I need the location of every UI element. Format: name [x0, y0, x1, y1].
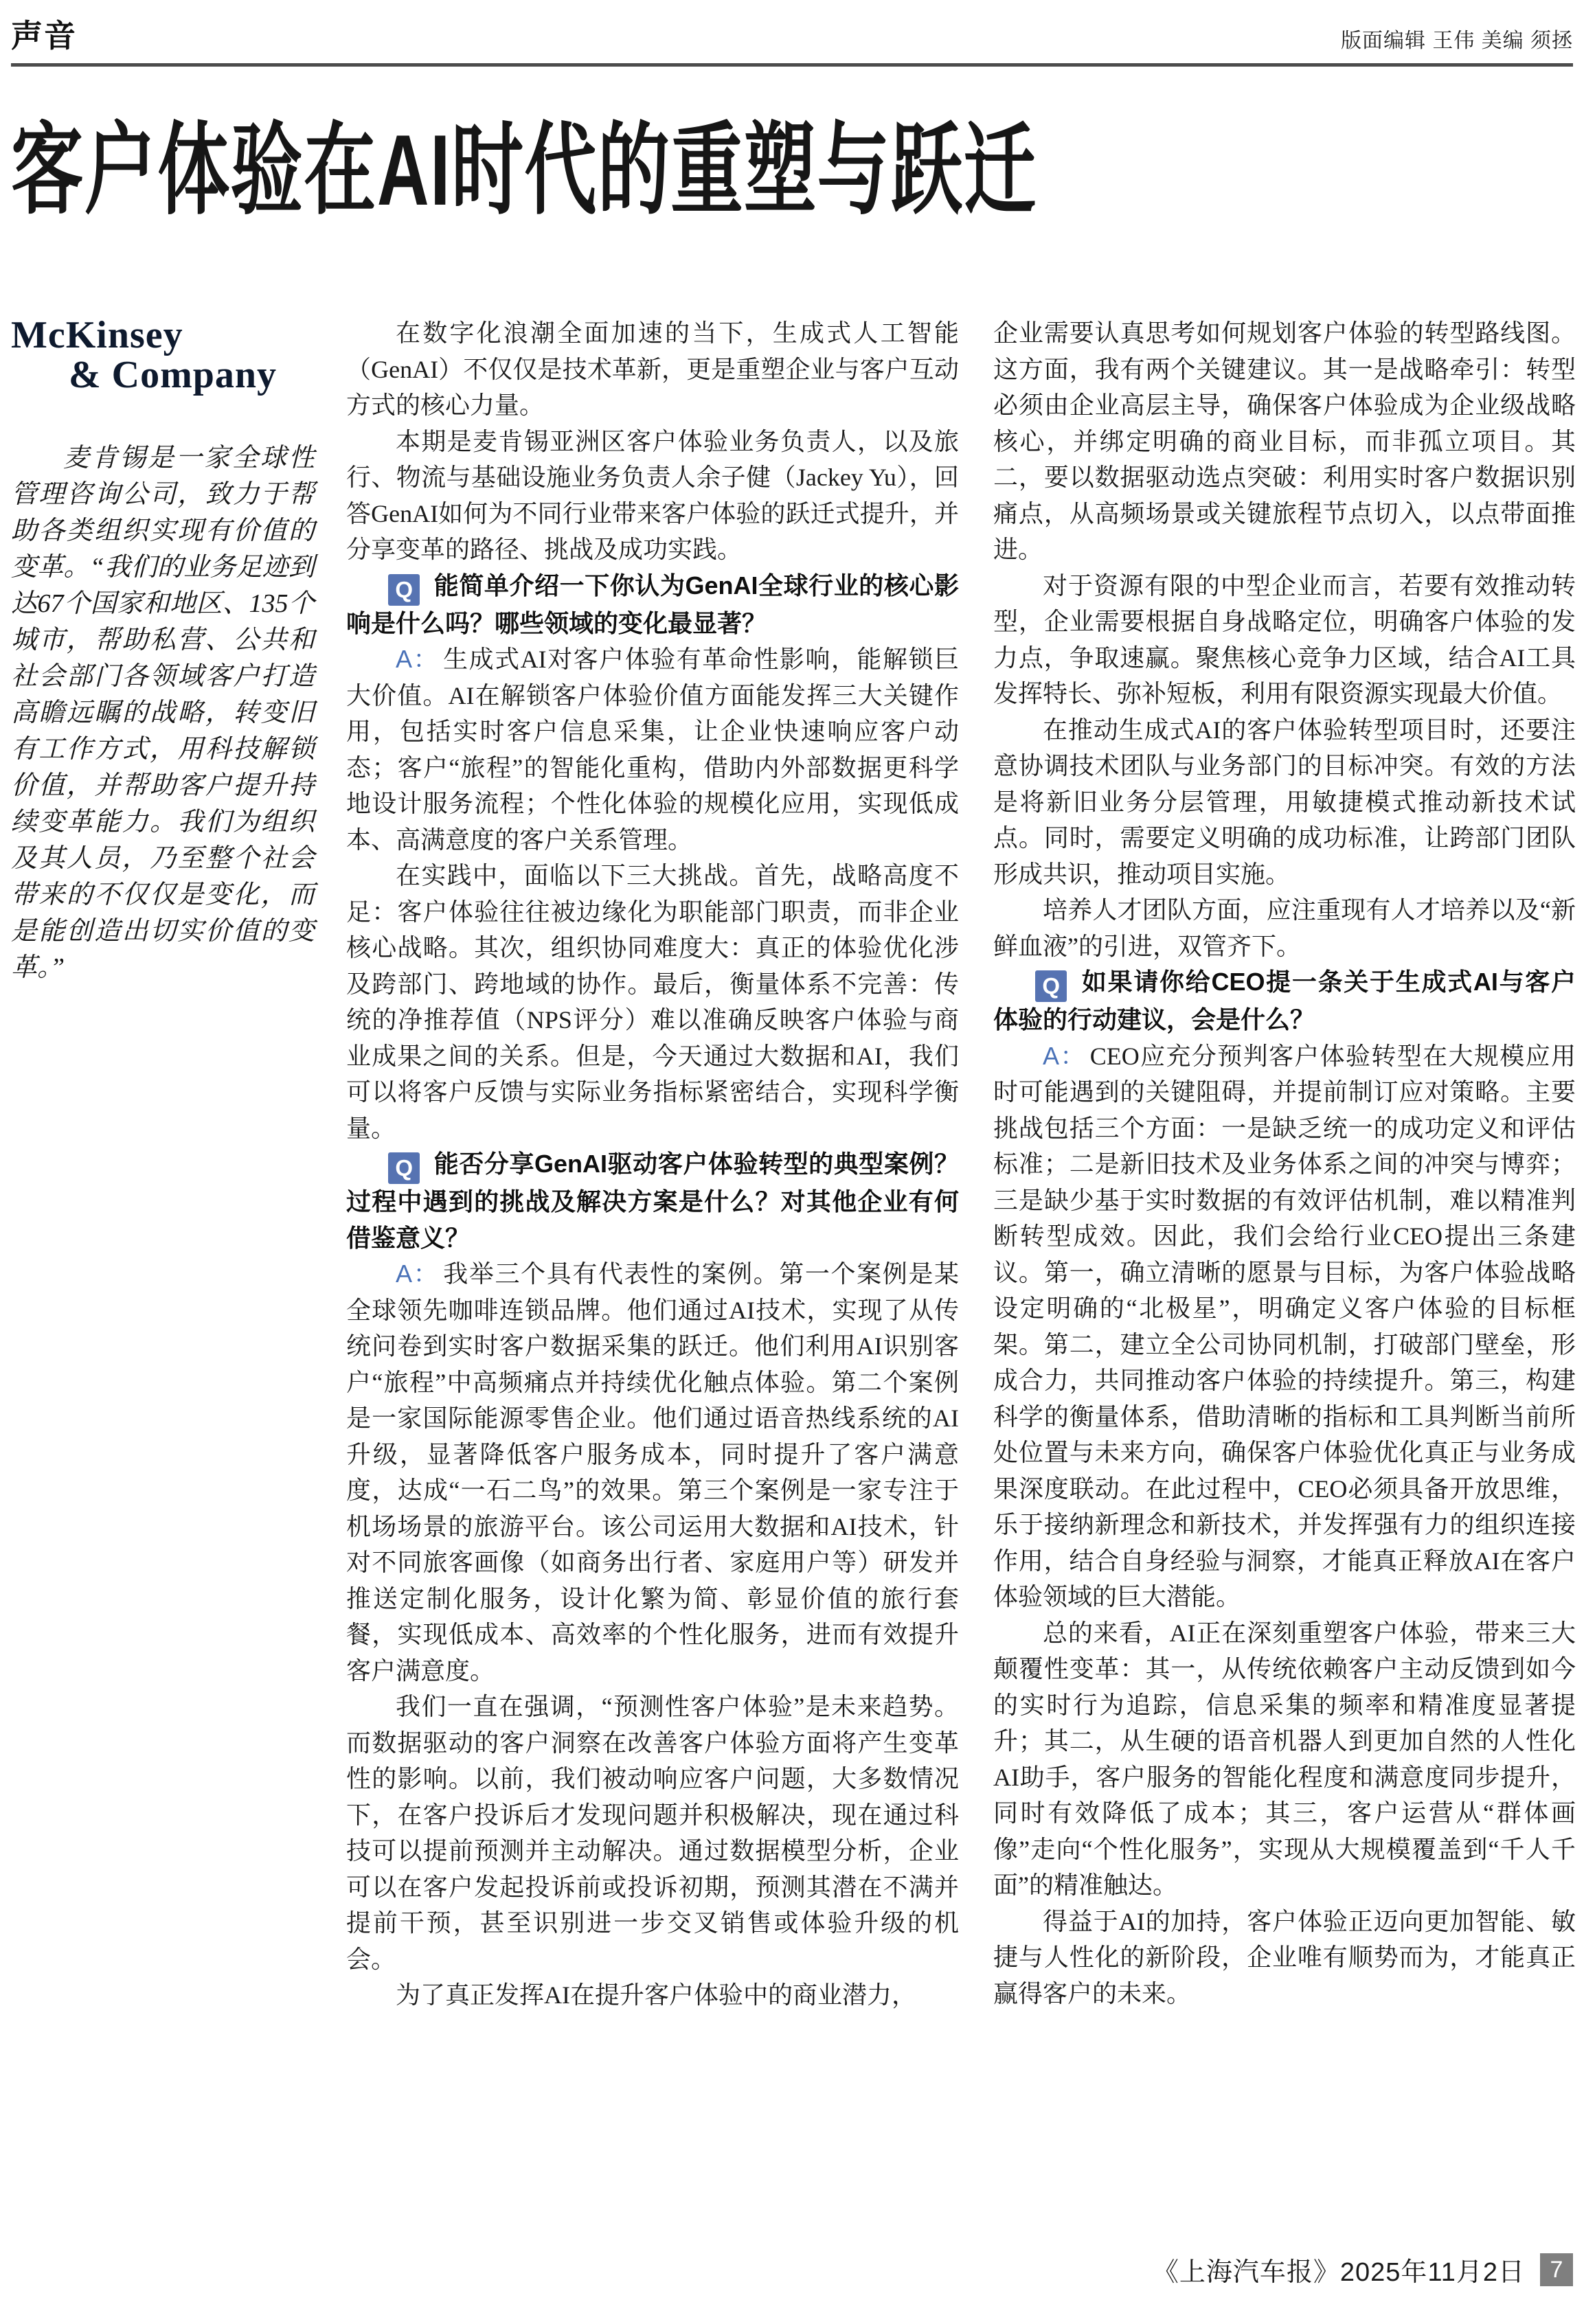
left-column: McKinsey & Company 麦肯锡是一家全球性管理咨询公司，致力于帮助… [11, 315, 315, 986]
answer-text: CEO应充分预判客户体验转型在大规模应用时可能遇到的关键阻碍，并提前制订应对策略… [993, 1043, 1576, 1611]
paragraph: 本期是麦肯锡亚洲区客户体验业务负责人，以及旅行、物流与基础设施业务负责人余子健（… [346, 424, 959, 568]
a-prefix: A： [396, 1260, 439, 1288]
paragraph: 培养人才团队方面，应注重现有人才培养以及“新鲜血液”的引进，双管齐下。 [993, 892, 1576, 964]
mckinsey-logo-line1: McKinsey [11, 315, 315, 355]
editors-credit: 版面编辑 王伟 美编 须拯 [1341, 23, 1573, 56]
publication-date: 《上海汽车报》2025年11月2日 [1153, 2251, 1525, 2288]
paragraph: 我们一直在强调，“预测性客户体验”是未来趋势。而数据驱动的客户洞察在改善客户体验… [346, 1689, 959, 1977]
masthead: 声音 版面编辑 王伟 美编 须拯 [11, 0, 1573, 56]
paragraph: 在实践中，面临以下三大挑战。首先，战略高度不足：客户体验往往被边缘化为职能部门职… [346, 858, 959, 1146]
section-label: 声音 [11, 11, 77, 56]
company-intro: 麦肯锡是一家全球性管理咨询公司，致力于帮助各类组织实现有价值的变革。“我们的业务… [11, 440, 315, 986]
question: Q能简单介绍一下你认为GenAI全球行业的核心影响是什么吗？哪些领域的变化最显著… [346, 568, 959, 642]
q-icon: Q [388, 1152, 420, 1184]
q-icon: Q [388, 574, 420, 606]
paragraph: 对于资源有限的中型企业而言，若要有效推动转型，企业需要根据自身战略定位，明确客户… [993, 568, 1576, 712]
mckinsey-logo: McKinsey & Company [11, 315, 315, 395]
question: Q如果请你给CEO提一条关于生成式AI与客户体验的行动建议，会是什么？ [993, 964, 1576, 1038]
question-text: 能简单介绍一下你认为GenAI全球行业的核心影响是什么吗？哪些领域的变化最显著？ [346, 571, 959, 637]
question-text: 能否分享GenAI驱动客户体验转型的典型案例？过程中遇到的挑战及解决方案是什么？… [346, 1150, 959, 1252]
answer-text: 我举三个具有代表性的案例。第一个案例是某全球领先咖啡连锁品牌。他们通过AI技术，… [346, 1260, 959, 1685]
mckinsey-logo-line2: & Company [11, 355, 315, 395]
q-icon: Q [1035, 970, 1067, 1002]
answer: A：CEO应充分预判客户体验转型在大规模应用时可能遇到的关键阻碍，并提前制订应对… [993, 1038, 1576, 1615]
question: Q能否分享GenAI驱动客户体验转型的典型案例？过程中遇到的挑战及解决方案是什么… [346, 1146, 959, 1256]
answer: A：我举三个具有代表性的案例。第一个案例是某全球领先咖啡连锁品牌。他们通过AI技… [346, 1256, 959, 1689]
paragraph: 总的来看，AI正在深刻重塑客户体验，带来三大颠覆性变革：其一，从传统依赖客户主动… [993, 1615, 1576, 1904]
article-headline: 客户体验在AI时代的重塑与跃迁 [11, 117, 1573, 227]
a-prefix: A： [396, 645, 439, 673]
paragraph: 在数字化浪潮全面加速的当下，生成式人工智能（GenAI）不仅仅是技术革新，更是重… [346, 315, 959, 424]
article-columns: McKinsey & Company 麦肯锡是一家全球性管理咨询公司，致力于帮助… [11, 315, 1573, 2014]
a-prefix: A： [1043, 1042, 1086, 1070]
paragraph: 为了真正发挥AI在提升客户体验中的商业潜力， [346, 1977, 959, 2014]
answer-text: 生成式AI对客户体验有革命性影响，能解锁巨大价值。AI在解锁客户体验价值方面能发… [346, 646, 959, 854]
paragraph-continuation: 企业需要认真思考如何规划客户体验的转型路线图。这方面，我有两个关键建议。其一是战… [993, 315, 1576, 568]
page-footer: 《上海汽车报》2025年11月2日 7 [1153, 2251, 1573, 2288]
right-column: 企业需要认真思考如何规划客户体验的转型路线图。这方面，我有两个关键建议。其一是战… [993, 315, 1576, 2012]
paragraph: 在推动生成式AI的客户体验转型项目时，还要注意协调技术团队与业务部门的目标冲突。… [993, 712, 1576, 893]
middle-column: 在数字化浪潮全面加速的当下，生成式人工智能（GenAI）不仅仅是技术革新，更是重… [346, 315, 959, 2014]
header-rule [11, 63, 1573, 67]
newspaper-page: 声音 版面编辑 王伟 美编 须拯 客户体验在AI时代的重塑与跃迁 McKinse… [0, 0, 1584, 2324]
article-headline-text: 客户体验在AI时代的重塑与跃迁 [11, 117, 1037, 223]
answer: A：生成式AI对客户体验有革命性影响，能解锁巨大价值。AI在解锁客户体验价值方面… [346, 641, 959, 858]
question-text: 如果请你给CEO提一条关于生成式AI与客户体验的行动建议，会是什么？ [993, 968, 1576, 1034]
paragraph: 得益于AI的加持，客户体验正迈向更加智能、敏捷与人性化的新阶段，企业唯有顺势而为… [993, 1904, 1576, 2012]
page-number-badge: 7 [1540, 2253, 1573, 2286]
